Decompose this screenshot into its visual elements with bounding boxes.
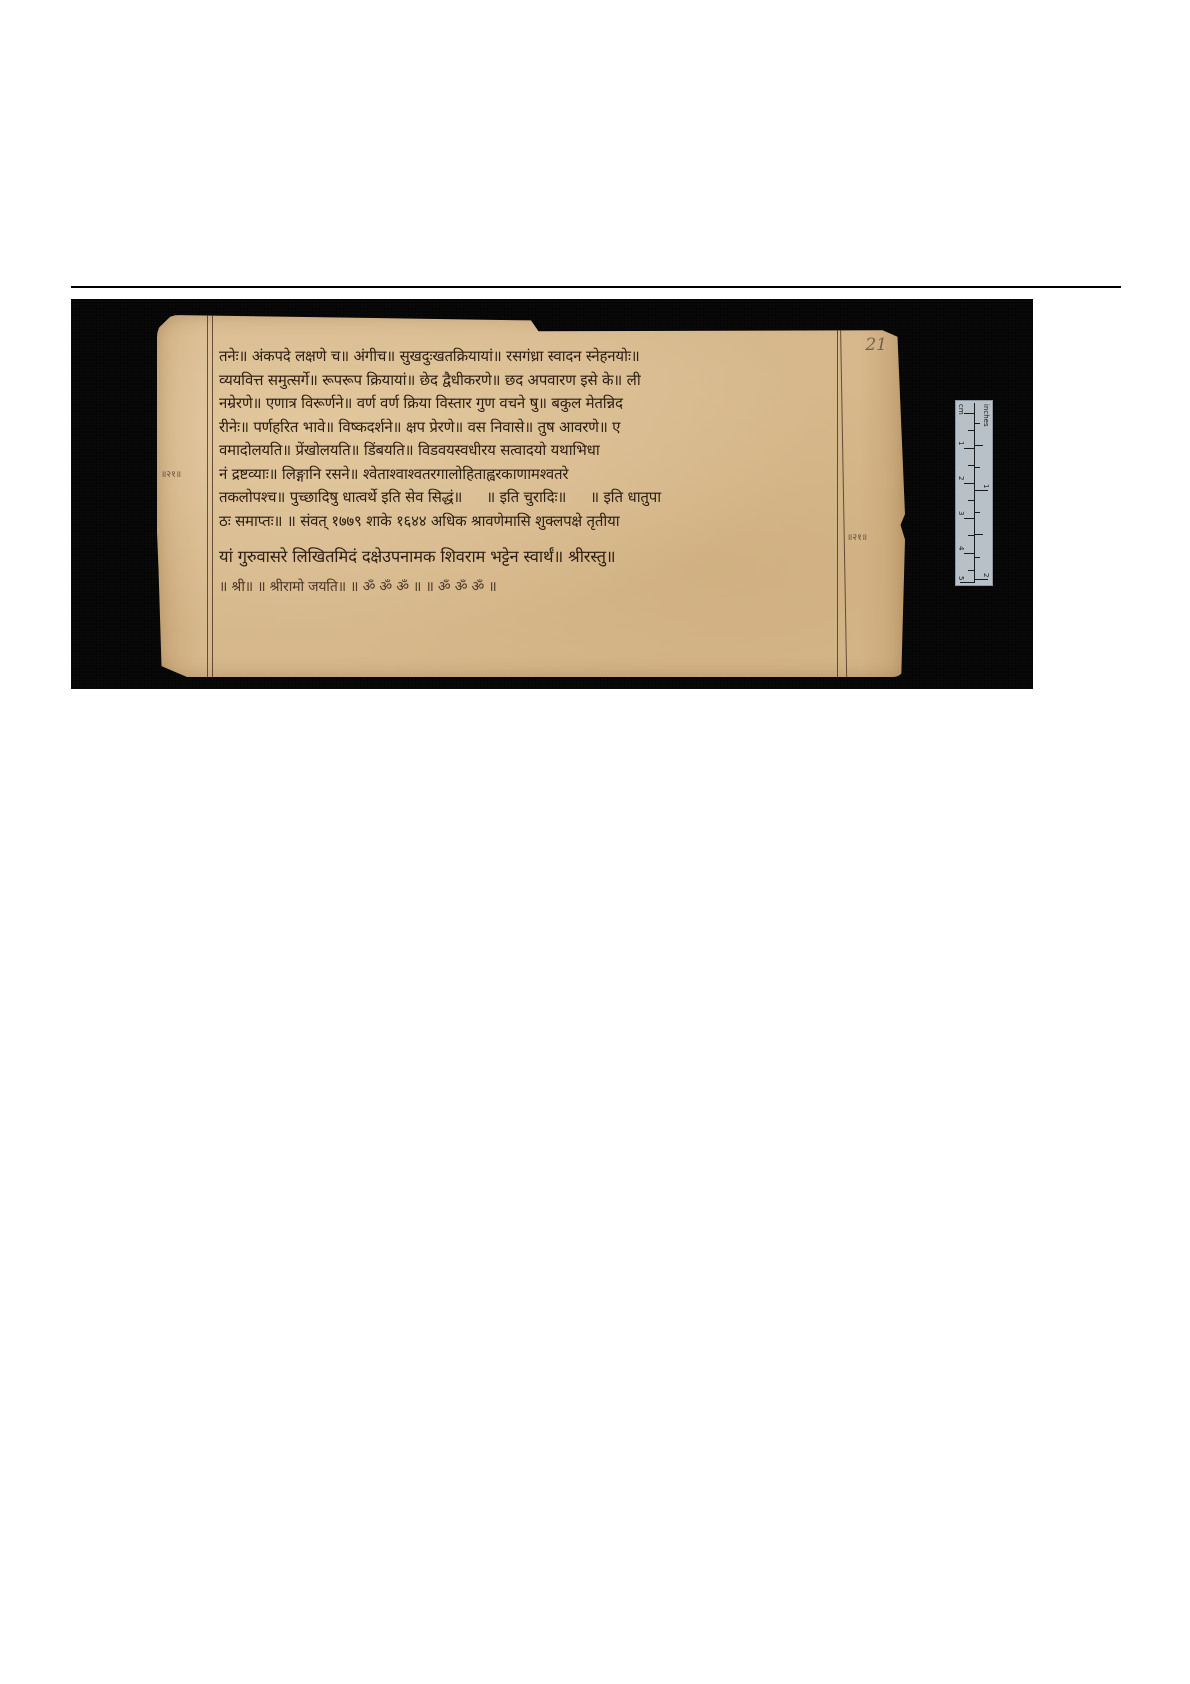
horizontal-rule	[71, 286, 1121, 288]
text-line-6: नं द्रष्टव्याः॥ लिङ्गानि रसने॥ श्वेताश्व…	[219, 463, 837, 487]
scale-tick	[974, 557, 980, 558]
manuscript-text: तनेः॥ अंकपदे लक्षणे च॥ अंगीच॥ सुखदुःखतक्…	[219, 345, 837, 600]
scale-label-inch-2: 2	[982, 573, 990, 577]
scale-tick	[974, 490, 988, 491]
text-line-7-c: ॥ इति धातुपा	[590, 488, 661, 506]
scale-label-inch-1: 1	[982, 484, 990, 488]
scale-tick	[964, 413, 974, 414]
margin-ruling-right-outer	[840, 315, 847, 677]
text-line-10-invocations: ॥ श्री॥ ॥ श्रीरामो जयति॥ ॥ ॐ ॐ ॐ ॥ ॥ ॐ ॐ…	[219, 576, 837, 600]
scale-tick	[974, 512, 980, 513]
text-line-8-colophon: ठः समाप्तः॥ ॥ संवत् १७७९ शाके १६४४ अधिक …	[219, 510, 837, 534]
text-line-5: वमादोलयति॥ प्रेंखोलयति॥ डिंबयति॥ विडवयस्…	[219, 439, 837, 463]
scale-tick	[964, 518, 974, 519]
text-line-7: तकलोपश्च॥ पुच्छादिषु धात्वर्थे इति सेव स…	[219, 486, 837, 510]
manuscript-photograph: 21 ॥२१॥ ॥२१॥ तनेः॥ अंकपदे लक्षणे च॥ अंगी…	[71, 299, 1033, 689]
scale-tick	[968, 500, 974, 501]
text-line-4: रीनेः॥ पर्णहरित भावे॥ विष्कदर्शने॥ क्षप …	[219, 416, 837, 440]
scale-label-cm-4: 4	[957, 546, 965, 550]
scale-tick	[974, 467, 980, 468]
scale-tick	[968, 430, 974, 431]
scale-label-cm-5: 5	[957, 576, 965, 580]
scale-tick	[968, 465, 974, 466]
scale-axis	[974, 403, 975, 583]
manuscript-folio: 21 ॥२१॥ ॥२१॥ तनेः॥ अंकपदे लक्षणे च॥ अंगी…	[157, 315, 905, 677]
scale-label-cm-1: 1	[957, 441, 965, 445]
margin-note-right: ॥२१॥	[847, 530, 867, 543]
scale-tick	[964, 553, 974, 554]
scale-label-cm-2: 2	[957, 476, 965, 480]
scale-tick	[974, 423, 980, 424]
margin-note-left: ॥२१॥	[161, 467, 181, 480]
measurement-scale-bar: cm inches 1 2 3 4 5 1 2	[955, 400, 993, 586]
scale-tick	[968, 570, 974, 571]
text-line-2: व्ययवित्त समुत्सर्गे॥ रूपरूप क्रियायां॥ …	[219, 369, 837, 393]
scale-tick	[964, 448, 974, 449]
margin-ruling-left-inner	[212, 315, 213, 677]
scale-tick	[964, 483, 974, 484]
scale-tick	[968, 535, 974, 536]
text-line-7-a: तकलोपश्च॥ पुच्छादिषु धात्वर्थे इति सेव स…	[219, 488, 462, 506]
scale-tick	[960, 582, 974, 583]
scale-label-cm-3: 3	[957, 511, 965, 515]
text-line-9-colophon: यां गुरुवासरे लिखितमिदं दक्षेउपनामक शिवर…	[219, 541, 837, 572]
scale-tick	[974, 579, 988, 580]
margin-ruling-left-outer	[207, 315, 208, 677]
scale-unit-cm: cm	[957, 404, 965, 415]
text-line-7-b: ॥ इति चुरादिः॥	[486, 488, 566, 506]
text-line-3: नम्रेरणे॥ एणात्र विरूर्णने॥ वर्ण वर्ण क्…	[219, 392, 837, 416]
scale-tick	[974, 445, 983, 446]
scale-unit-inches: inches	[982, 404, 990, 427]
text-line-1: तनेः॥ अंकपदे लक्षणे च॥ अंगीच॥ सुखदुःखतक्…	[219, 345, 837, 369]
scale-tick	[974, 534, 983, 535]
folio-number: 21	[865, 335, 887, 355]
margin-ruling-right-inner	[837, 315, 838, 677]
